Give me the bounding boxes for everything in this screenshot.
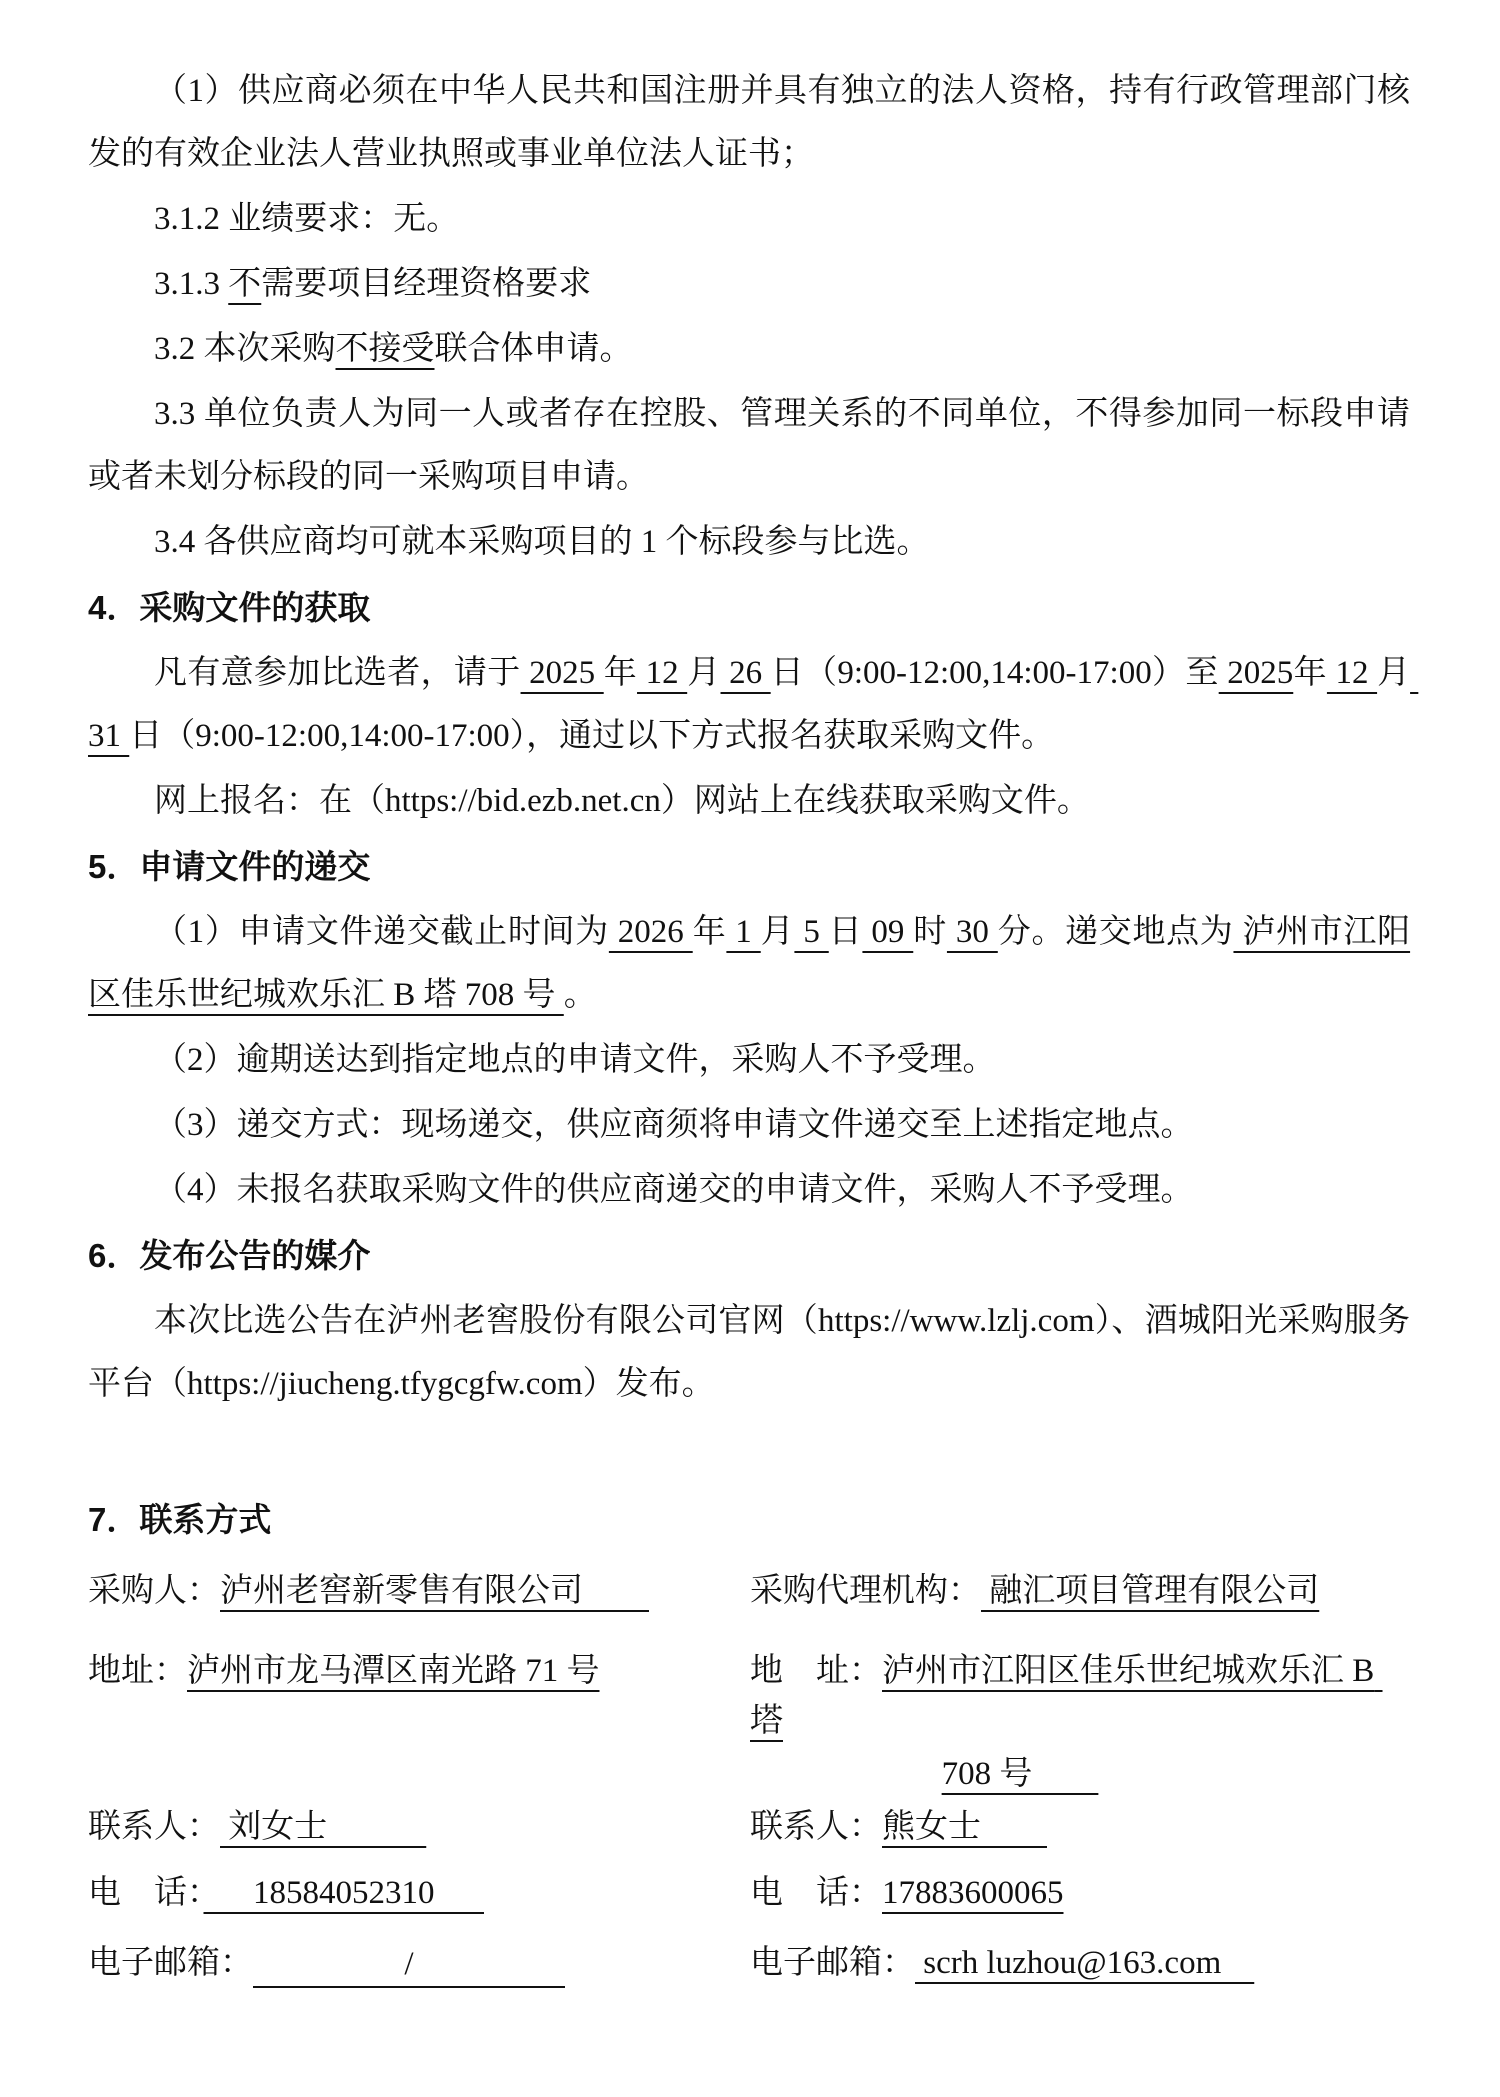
agency-contact-label: 联系人： xyxy=(750,1809,882,1845)
agency-label: 采购代理机构： xyxy=(750,1573,981,1609)
agency-email-row: 电子邮箱： scrh luzhou@163.com xyxy=(750,1938,1410,2016)
paragraph-announcement-websites: 本次比选公告在泸州老窖股份有限公司官网（https://www.lzlj.com… xyxy=(88,1290,1410,1416)
buyer-label: 采购人： xyxy=(88,1573,220,1609)
buyer-phone-value: 18584052310 xyxy=(204,1875,485,1911)
buyer-contact-value: 刘女士 xyxy=(220,1809,426,1845)
buyer-email-label: 电子邮箱： xyxy=(88,1945,253,1981)
agency-contact-row: 联系人：熊女士 xyxy=(750,1802,1410,1868)
buyer-phone-row: 电 话： 18584052310 xyxy=(88,1868,750,1938)
paragraph-3-4-sections: 3.4 各供应商均可就本采购项目的 1 个标段参与比选。 xyxy=(88,511,1410,574)
buyer-contact-label: 联系人： xyxy=(88,1809,220,1845)
buyer-address-row: 地址：泸州市龙马潭区南光路 71 号 xyxy=(88,1646,750,1802)
agency-email-label: 电子邮箱： xyxy=(750,1945,915,1981)
agency-address-value-line2: 708 号 xyxy=(942,1756,1099,1792)
agency-address-label: 地 址： xyxy=(750,1653,882,1689)
paragraph-supplier-qualification: （1）供应商必须在中华人民共和国注册并具有独立的法人资格，持有行政管理部门核发的… xyxy=(88,60,1410,186)
contact-section: 采购人：泸州老窖新零售有限公司 采购代理机构： 融汇项目管理有限公司 地址：泸州… xyxy=(88,1566,1410,2016)
agency-phone-label: 电 话： xyxy=(750,1875,882,1911)
paragraph-3-1-3-project-manager: 3.1.3 不需要项目经理资格要求 xyxy=(88,253,1410,316)
paragraph-late-submission: （2）逾期送达到指定地点的申请文件，采购人不予受理。 xyxy=(88,1029,1410,1092)
buyer-value: 泸州老窖新零售有限公司 xyxy=(220,1573,649,1609)
buyer-email-value: / xyxy=(404,1946,413,1982)
paragraph-3-3-same-person: 3.3 单位负责人为同一人或者存在控股、管理关系的不同单位，不得参加同一标段申请… xyxy=(88,383,1410,509)
section-heading-announcement-media: 6．发布公告的媒介 xyxy=(88,1224,1410,1288)
agency-email-value: scrh luzhou@163.com xyxy=(915,1945,1254,1981)
buyer-address-label: 地址： xyxy=(88,1653,187,1689)
agency-row: 采购代理机构： 融汇项目管理有限公司 xyxy=(750,1566,1410,1646)
paragraph-submission-deadline: （1）申请文件递交截止时间为 2026 年 1 月 5 日 09 时 30 分。… xyxy=(88,901,1410,1027)
section-heading-document-acquisition: 4．采购文件的获取 xyxy=(88,576,1410,640)
paragraph-3-1-2-performance: 3.1.2 业绩要求：无。 xyxy=(88,188,1410,251)
buyer-contact-row: 联系人： 刘女士 xyxy=(88,1802,750,1868)
buyer-phone-label: 电 话： xyxy=(88,1875,204,1911)
agency-phone-row: 电 话：17883600065 xyxy=(750,1868,1410,1938)
document-page: （1）供应商必须在中华人民共和国注册并具有独立的法人资格，持有行政管理部门核发的… xyxy=(0,0,1500,2097)
paragraph-3-2-consortium: 3.2 本次采购不接受联合体申请。 xyxy=(88,318,1410,381)
buyer-email-blank-underline: / xyxy=(253,1942,565,1988)
agency-address-row: 地 址：泸州市江阳区佳乐世纪城欢乐汇 B 塔 708 号 xyxy=(750,1646,1410,1802)
agency-value: 融汇项目管理有限公司 xyxy=(981,1573,1319,1609)
section-heading-submission: 5．申请文件的递交 xyxy=(88,835,1410,899)
paragraph-online-registration: 网上报名：在（https://bid.ezb.net.cn）网站上在线获取采购文… xyxy=(88,770,1410,833)
paragraph-acquisition-period: 凡有意参加比选者，请于 2025 年 12 月 26 日（9:00-12:00,… xyxy=(88,642,1410,768)
agency-contact-value: 熊女士 xyxy=(882,1809,1047,1845)
section-heading-contact-info: 7．联系方式 xyxy=(88,1488,1410,1552)
paragraph-unregistered-submission: （4）未报名获取采购文件的供应商递交的申请文件，采购人不予受理。 xyxy=(88,1159,1410,1222)
buyer-address-value: 泸州市龙马潭区南光路 71 号 xyxy=(187,1653,600,1689)
agency-phone-value: 17883600065 xyxy=(882,1875,1064,1911)
buyer-email-row: 电子邮箱：/ xyxy=(88,1938,750,2016)
paragraph-submission-method: （3）递交方式：现场递交，供应商须将申请文件递交至上述指定地点。 xyxy=(88,1094,1410,1157)
buyer-row: 采购人：泸州老窖新零售有限公司 xyxy=(88,1566,750,1646)
